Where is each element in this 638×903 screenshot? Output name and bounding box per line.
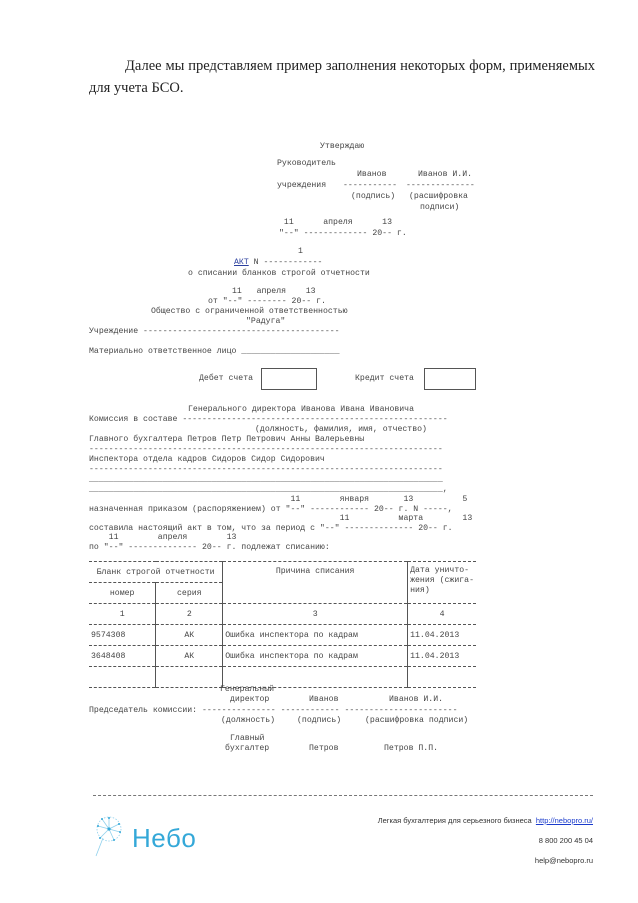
act-title: АКТ N ------------ [234,259,322,267]
footer-phone: 8 800 200 45 04 [539,836,593,845]
table-row: 3648408 АК Ошибка инспектора по кадрам 1… [89,646,476,667]
accountant-position-line1: Главный [230,735,264,743]
act-subtitle: о списании бланков строгой отчетности [188,270,370,278]
cell-series [156,667,223,688]
footer-website-link[interactable]: http://nebopro.ru/ [536,816,593,825]
act-title-rest: N ------------ [249,258,323,267]
commission-blank-line1: ________________________________________… [89,476,443,484]
commission-member2-value: Главного бухгалтера Петров Петр Петрович… [89,436,364,444]
head-label-line2: учреждения [277,182,326,190]
caption-position: (должность) [221,717,275,725]
period-values-1: 11 марта 13 [89,515,472,523]
org-line2: "Радуга" [246,318,285,326]
period-template-1: составила настоящий акт в том, что за пе… [89,525,453,533]
accountant-decode: Петров П.П. [384,745,438,753]
intro-text: Далее мы представляем пример заполнения … [89,58,595,96]
commission-member1-line: Комиссия в составе ---------------------… [89,416,448,424]
approval-decode-dashes: -------------- [406,182,475,190]
footer-tagline-line: Легкая бухгалтерия для серьезного бизнес… [378,816,593,825]
cell-date: 11.04.2013 [408,646,476,667]
cell-reason: Ошибка инспектора по кадрам [223,646,408,667]
commission-member1-caption: (должность, фамилия, имя, отчество) [255,426,427,434]
cell-number [89,667,156,688]
cell-series: АК [156,625,223,646]
institution-field: Учреждение -----------------------------… [89,328,340,336]
approval-decode-value: Иванов И.И. [418,171,472,179]
credit-label: Кредит счета [355,375,414,383]
cell-reason: Ошибка инспектора по кадрам [223,625,408,646]
index-cell: 2 [156,604,223,625]
index-cell: 4 [408,604,476,625]
header-bso-group: Бланк строгой отчетности [89,562,223,583]
table-index-row: 1 2 3 4 [89,604,476,625]
accountant-signature: Петров [309,745,338,753]
head-label-line1: Руководитель [277,160,336,168]
debit-label: Дебет счета [199,375,253,383]
credit-account-box[interactable] [424,368,476,390]
header-destroy-date: Дата уничто- жения (сжига- ния) [408,562,476,604]
act-date-template: от "--" -------- 20-- г. [208,298,326,306]
chair-position-line2: директор [230,696,269,704]
index-cell: 1 [89,604,156,625]
org-line1: Общество с ограниченной ответственностью [151,308,348,316]
cell-number: 9574308 [89,625,156,646]
logo-wordmark: Небо [132,823,196,854]
cell-series: АК [156,646,223,667]
act-title-link[interactable]: АКТ [234,258,249,267]
commission-blank-line2: ________________________________________… [89,486,448,494]
act-number-value: 1 [298,248,303,256]
header-number: номер [89,583,156,604]
accountant-position-line2: бухгалтер [225,745,269,753]
cell-date [408,667,476,688]
approval-date-template: "--" ------------- 20-- г. [279,230,407,238]
header-reason: Причина списания [223,562,408,604]
chair-label-line: Председатель комиссии: --------------- -… [89,707,458,715]
approval-signature-dashes: ----------- [343,182,397,190]
commission-member3-line: ----------------------------------------… [89,466,443,474]
act-date-values: 11 апреля 13 [232,288,316,296]
chair-position-line1: Генеральный [220,686,274,694]
approval-date-values: 11 апреля 13 [279,219,392,227]
debit-account-box[interactable] [261,368,317,390]
table-row: 9574308 АК Ошибка инспектора по кадрам 1… [89,625,476,646]
footer-email[interactable]: help@nebopro.ru [535,856,593,865]
commission-member1-value: Генерального директора Иванова Ивана Ива… [188,406,414,414]
caption-decode: (расшифровка подписи) [365,717,468,725]
approval-decode-caption-1: (расшифровка [409,193,468,201]
chair-decode: Иванов И.И. [389,696,443,704]
approval-signature-caption: (подпись) [351,193,395,201]
commission-member2-line: ----------------------------------------… [89,446,443,454]
period-values-2: 11 апреля 13 [89,534,236,542]
nebo-logo[interactable]: Небо [92,814,196,863]
commission-member3-value: Инспектора отдела кадров Сидоров Сидор С… [89,456,325,464]
table-header-row-1: Бланк строгой отчетности Причина списани… [89,562,476,583]
order-values: 11 января 13 5 [89,496,467,504]
chair-signature: Иванов [309,696,338,704]
dandelion-icon [92,814,126,863]
responsible-person-field: Материально ответственное лицо _________… [89,348,340,356]
order-template: назначенная приказом (распоряжением) от … [89,506,453,514]
index-cell: 3 [223,604,408,625]
cell-date: 11.04.2013 [408,625,476,646]
intro-paragraph: Далее мы представляем пример заполнения … [89,55,595,99]
footer-tagline: Легкая бухгалтерия для серьезного бизнес… [378,816,532,825]
header-series: серия [156,583,223,604]
approval-signature-value: Иванов [357,171,386,179]
cell-number: 3648408 [89,646,156,667]
approval-title: Утверждаю [320,143,364,151]
approval-decode-caption-2: подписи) [420,204,459,212]
period-template-2: по "--" -------------- 20-- г. подлежат … [89,544,330,552]
bso-writeoff-table: Бланк строгой отчетности Причина списани… [89,561,476,688]
caption-signature: (подпись) [297,717,341,725]
footer-divider [93,795,593,796]
table-row [89,667,476,688]
